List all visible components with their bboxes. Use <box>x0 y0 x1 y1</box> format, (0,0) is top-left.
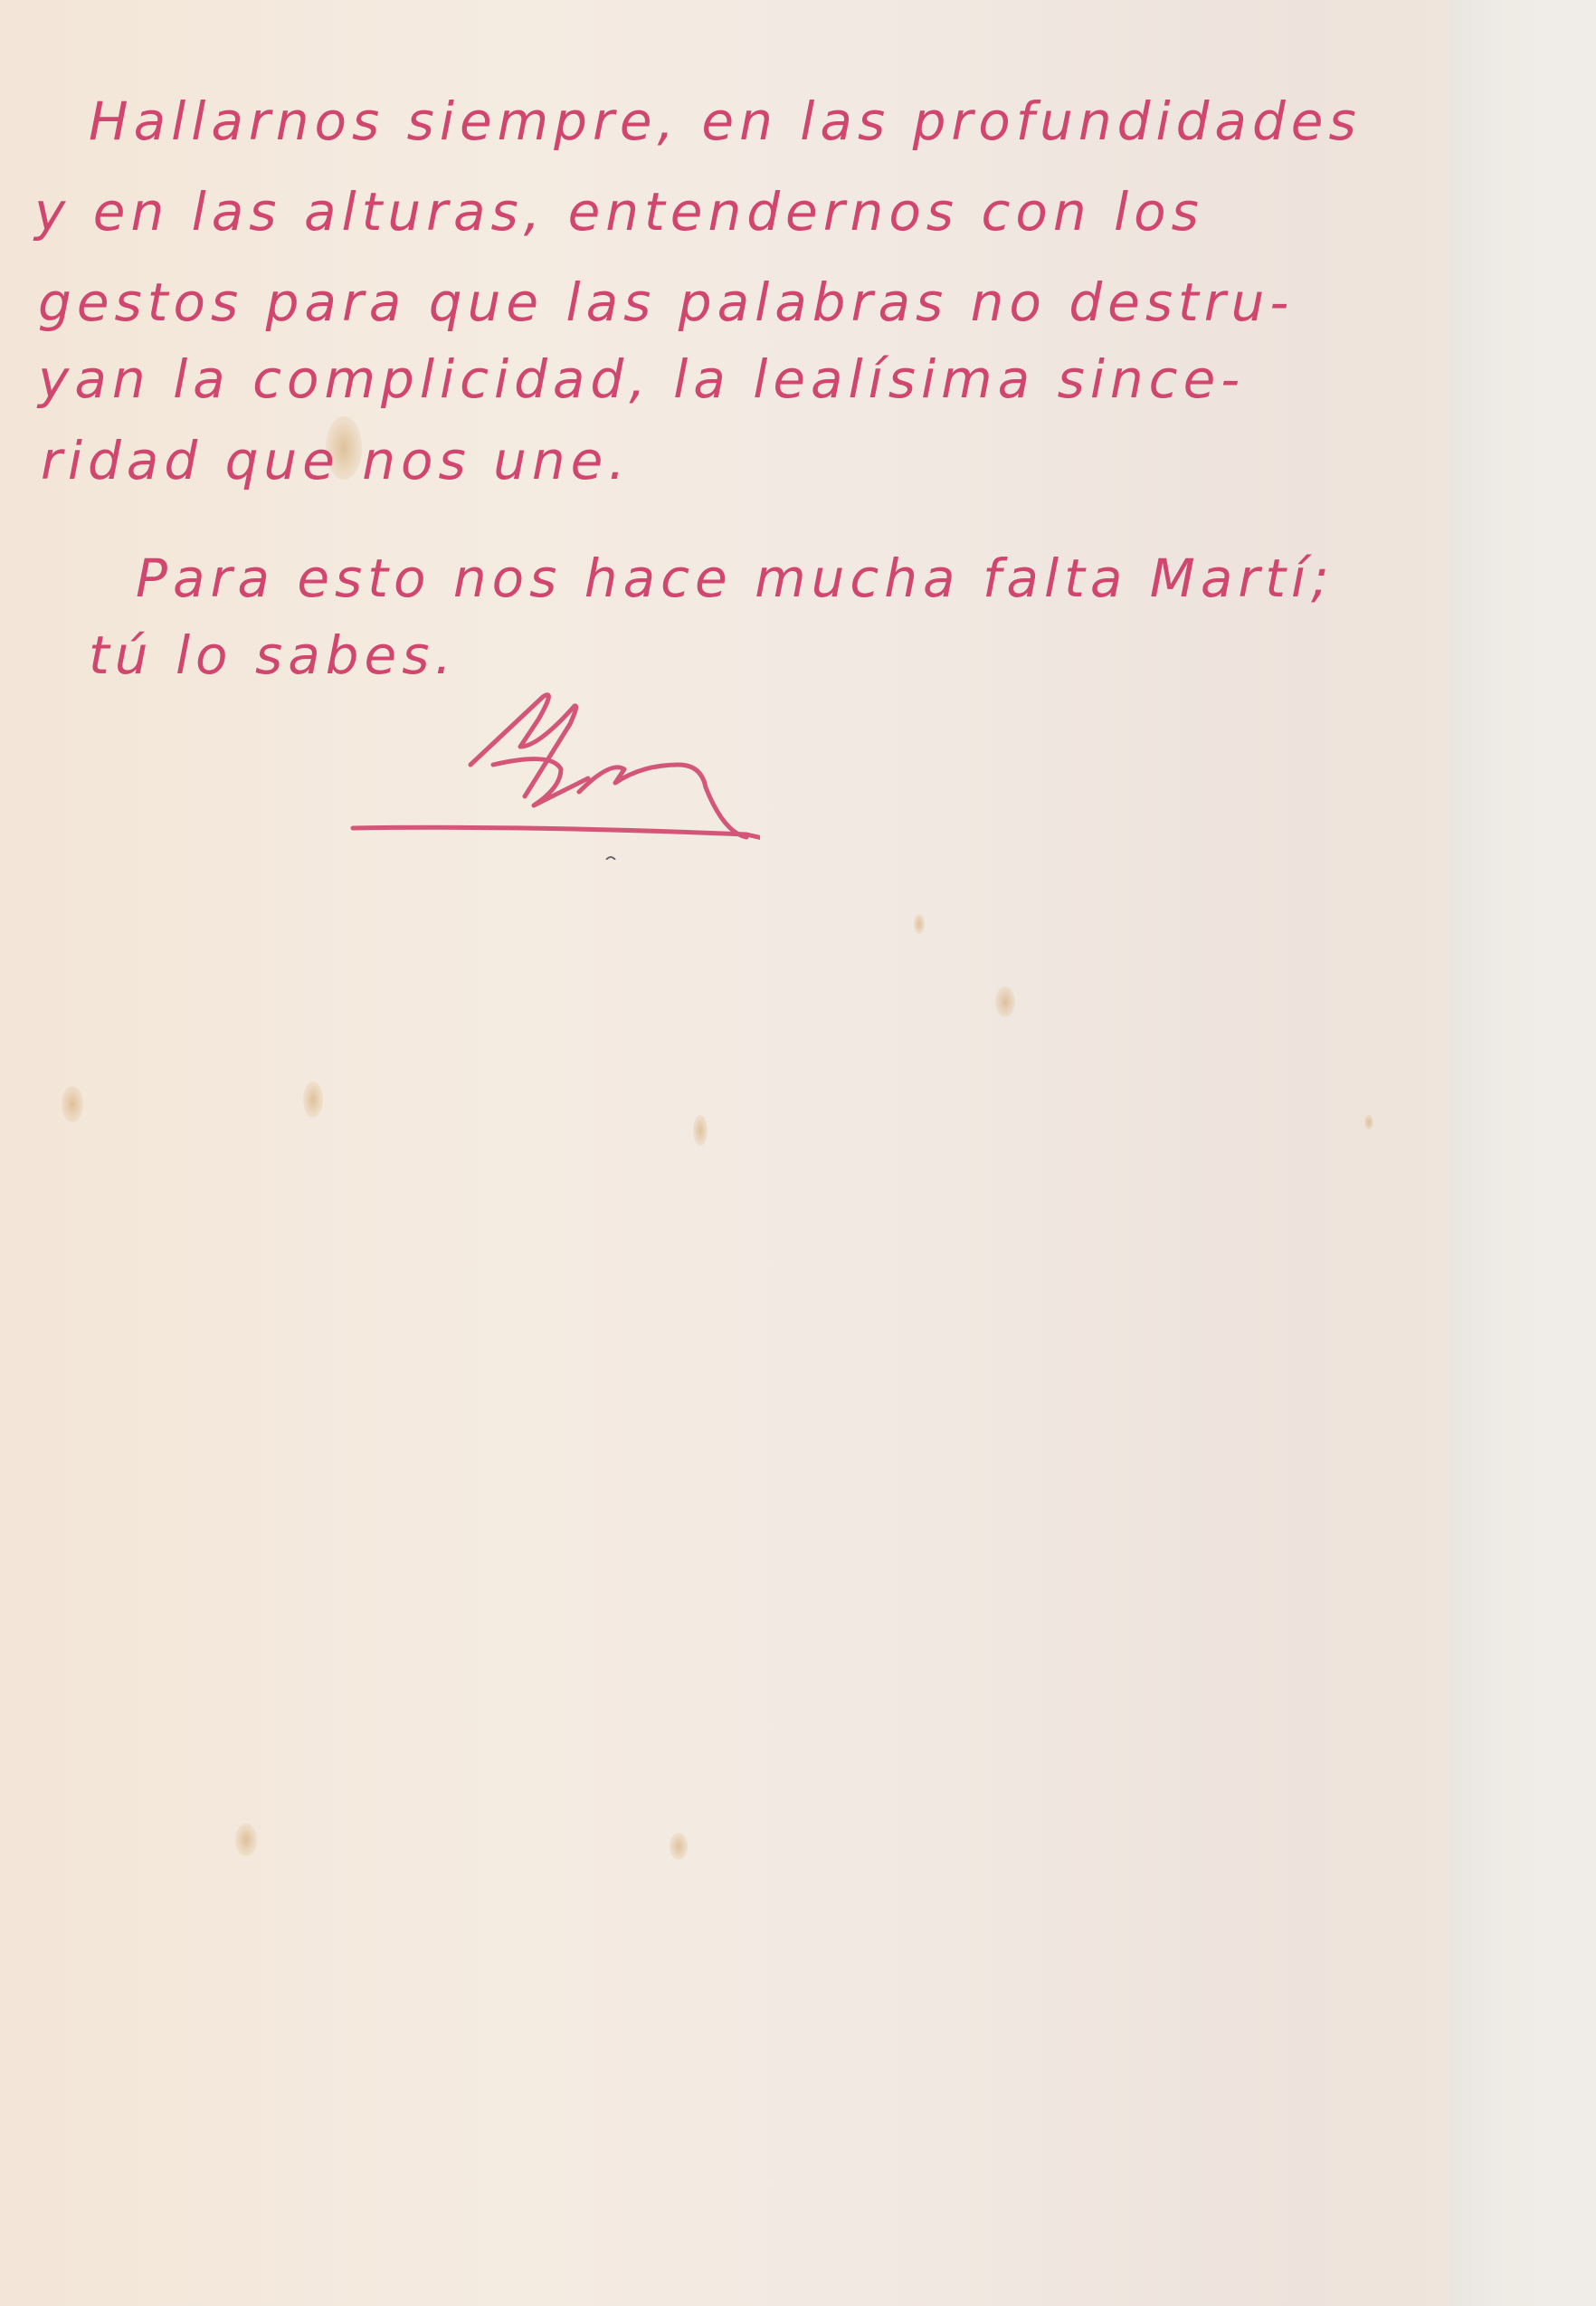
foxing-stain <box>670 1833 688 1860</box>
letter-line: tú lo sabes. <box>89 624 457 686</box>
foxing-stain <box>235 1824 257 1856</box>
foxing-stain <box>914 914 925 934</box>
letter-line: Hallarnos siempre, en las profundidades <box>89 91 1362 152</box>
letter-line: yan la complicidad, la lealísima since- <box>38 348 1245 410</box>
foxing-stain <box>693 1115 708 1146</box>
letter-line: ridad que nos une. <box>41 430 631 491</box>
foxing-stain <box>62 1086 83 1122</box>
foxing-stain <box>303 1082 323 1118</box>
signature <box>344 679 760 860</box>
foxing-stain <box>995 986 1015 1017</box>
foxing-stain <box>1364 1115 1373 1129</box>
letter-line: gestos para que las palabras no destru- <box>38 272 1294 333</box>
letter-line: Para esto nos hace mucha falta Martí; <box>136 548 1335 609</box>
letter-sheet: Hallarnos siempre, en las profundidades … <box>0 0 1449 2306</box>
signature-scribble-icon <box>344 679 760 860</box>
letter-line: y en las alturas, entendernos con los <box>34 181 1204 243</box>
underlying-sheet <box>1449 0 1596 2306</box>
